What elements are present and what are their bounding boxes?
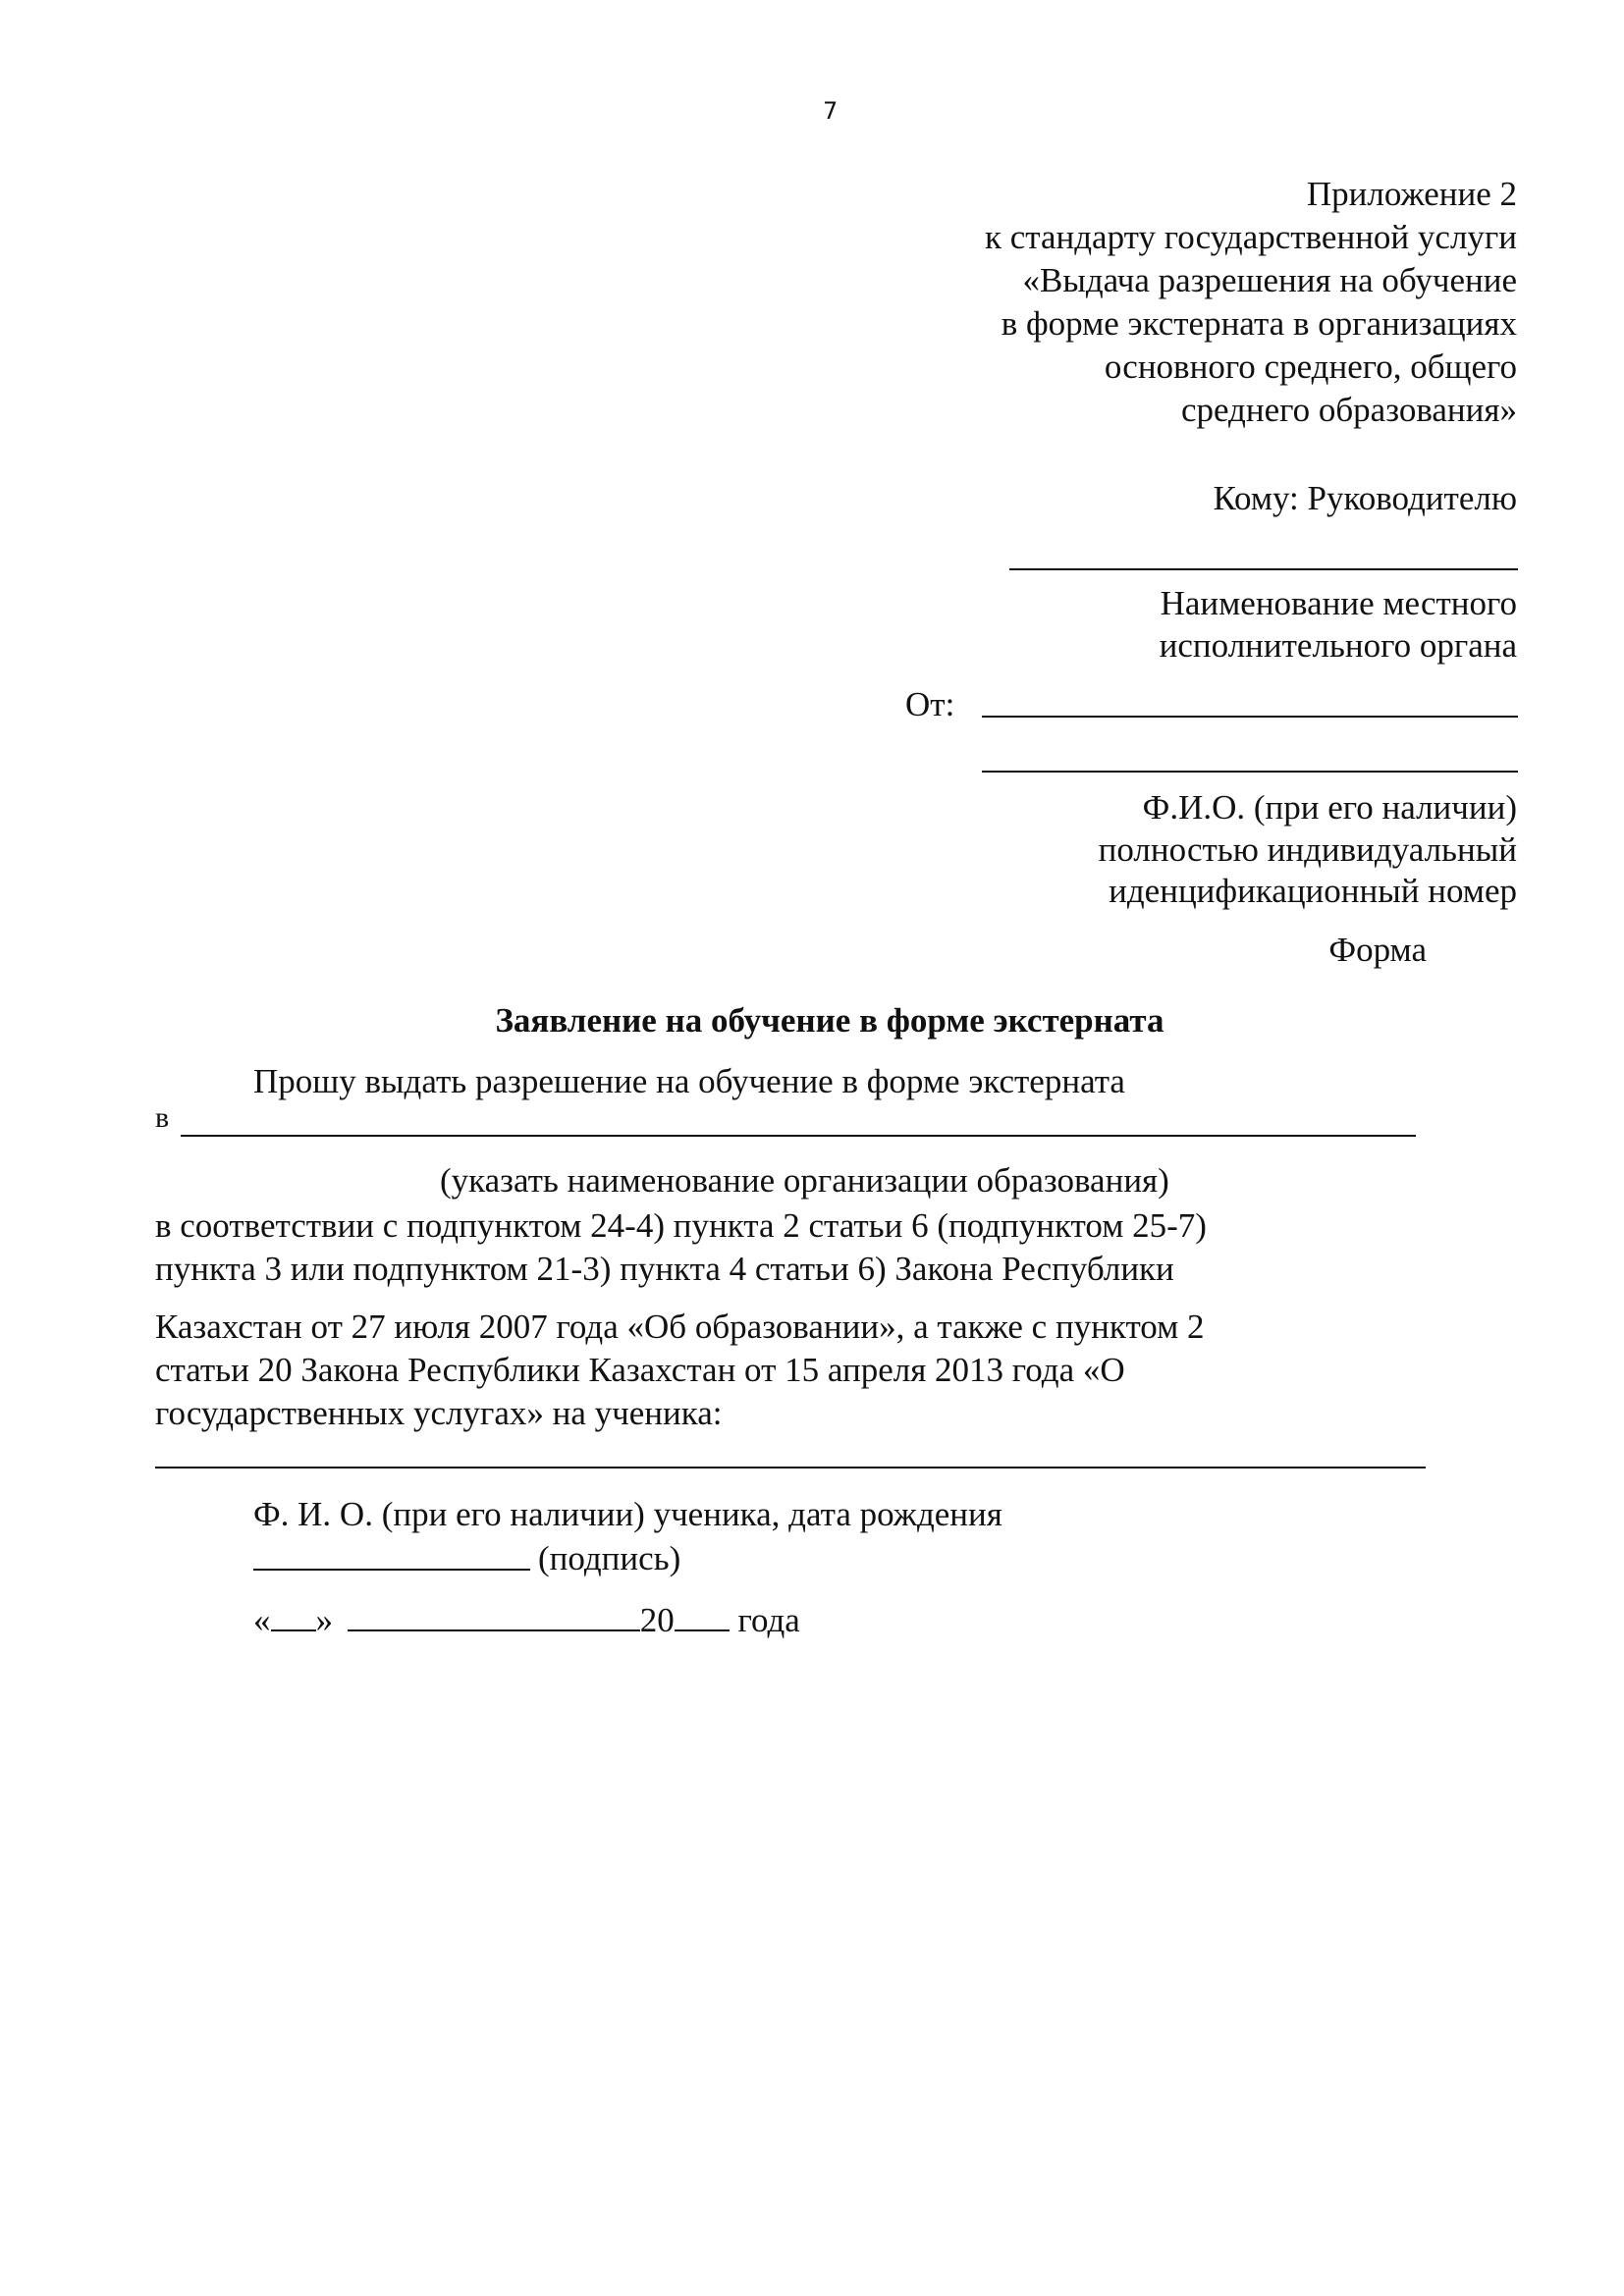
date-year-field[interactable]	[675, 1602, 730, 1631]
from-caption: иденцификационный номер	[1109, 874, 1517, 908]
date-year-word: года	[738, 1601, 800, 1639]
org-caption: Наименование местного	[1161, 586, 1517, 620]
from-caption: Ф.И.О. (при его наличии)	[1143, 790, 1517, 825]
application-title: Заявление на обучение в форме экстерната	[0, 1003, 1624, 1038]
student-name-field[interactable]	[155, 1467, 1426, 1468]
body-line: статьи 20 Закона Республики Казахстан от…	[155, 1353, 1125, 1387]
from-field-2[interactable]	[982, 771, 1518, 773]
form-label: Форма	[1328, 933, 1427, 967]
from-caption: полностью индивидуальный	[1099, 832, 1517, 867]
annex-line: основного среднего, общего	[1105, 349, 1517, 384]
org-field-caption: (указать наименование организации образо…	[440, 1163, 1169, 1198]
request-line: Прошу выдать разрешение на обучение в фо…	[253, 1064, 1125, 1098]
body-line: Казахстан от 27 июля 2007 года «Об образ…	[155, 1309, 1205, 1344]
signature-caption: (подпись)	[538, 1541, 680, 1575]
annex-line: «Выдача разрешения на обучение	[1022, 263, 1517, 297]
date-century: 20	[640, 1601, 675, 1639]
education-org-field[interactable]	[181, 1135, 1416, 1137]
date-day-field[interactable]	[271, 1602, 316, 1631]
in-prefix: в	[155, 1103, 169, 1133]
body-line: пункта 3 или подпунктом 21-3) пункта 4 с…	[155, 1252, 1174, 1286]
org-caption: исполнительного органа	[1160, 628, 1517, 663]
date-month-field[interactable]	[348, 1602, 640, 1631]
annex-line: в форме экстерната в организациях	[1001, 306, 1517, 341]
date-row: «» 20 года	[253, 1602, 800, 1637]
annex-line: к стандарту государственной услуги	[985, 220, 1517, 254]
org-name-field[interactable]	[1009, 568, 1518, 570]
page-number: 7	[823, 99, 838, 123]
to-label: Кому: Руководителю	[1213, 481, 1517, 515]
body-line: в соответствии с подпунктом 24-4) пункта…	[155, 1208, 1207, 1243]
date-close-quote: »	[316, 1601, 334, 1639]
annex-line: среднего образования»	[1181, 393, 1517, 427]
signature-field[interactable]	[253, 1569, 530, 1571]
body-line: государственных услугах» на ученика:	[155, 1396, 722, 1430]
student-caption: Ф. И. О. (при его наличии) ученика, дата…	[253, 1497, 1002, 1531]
from-label: От:	[905, 687, 954, 721]
from-field[interactable]	[982, 716, 1518, 718]
annex-title: Приложение 2	[1307, 177, 1517, 211]
date-open-quote: «	[253, 1601, 271, 1639]
